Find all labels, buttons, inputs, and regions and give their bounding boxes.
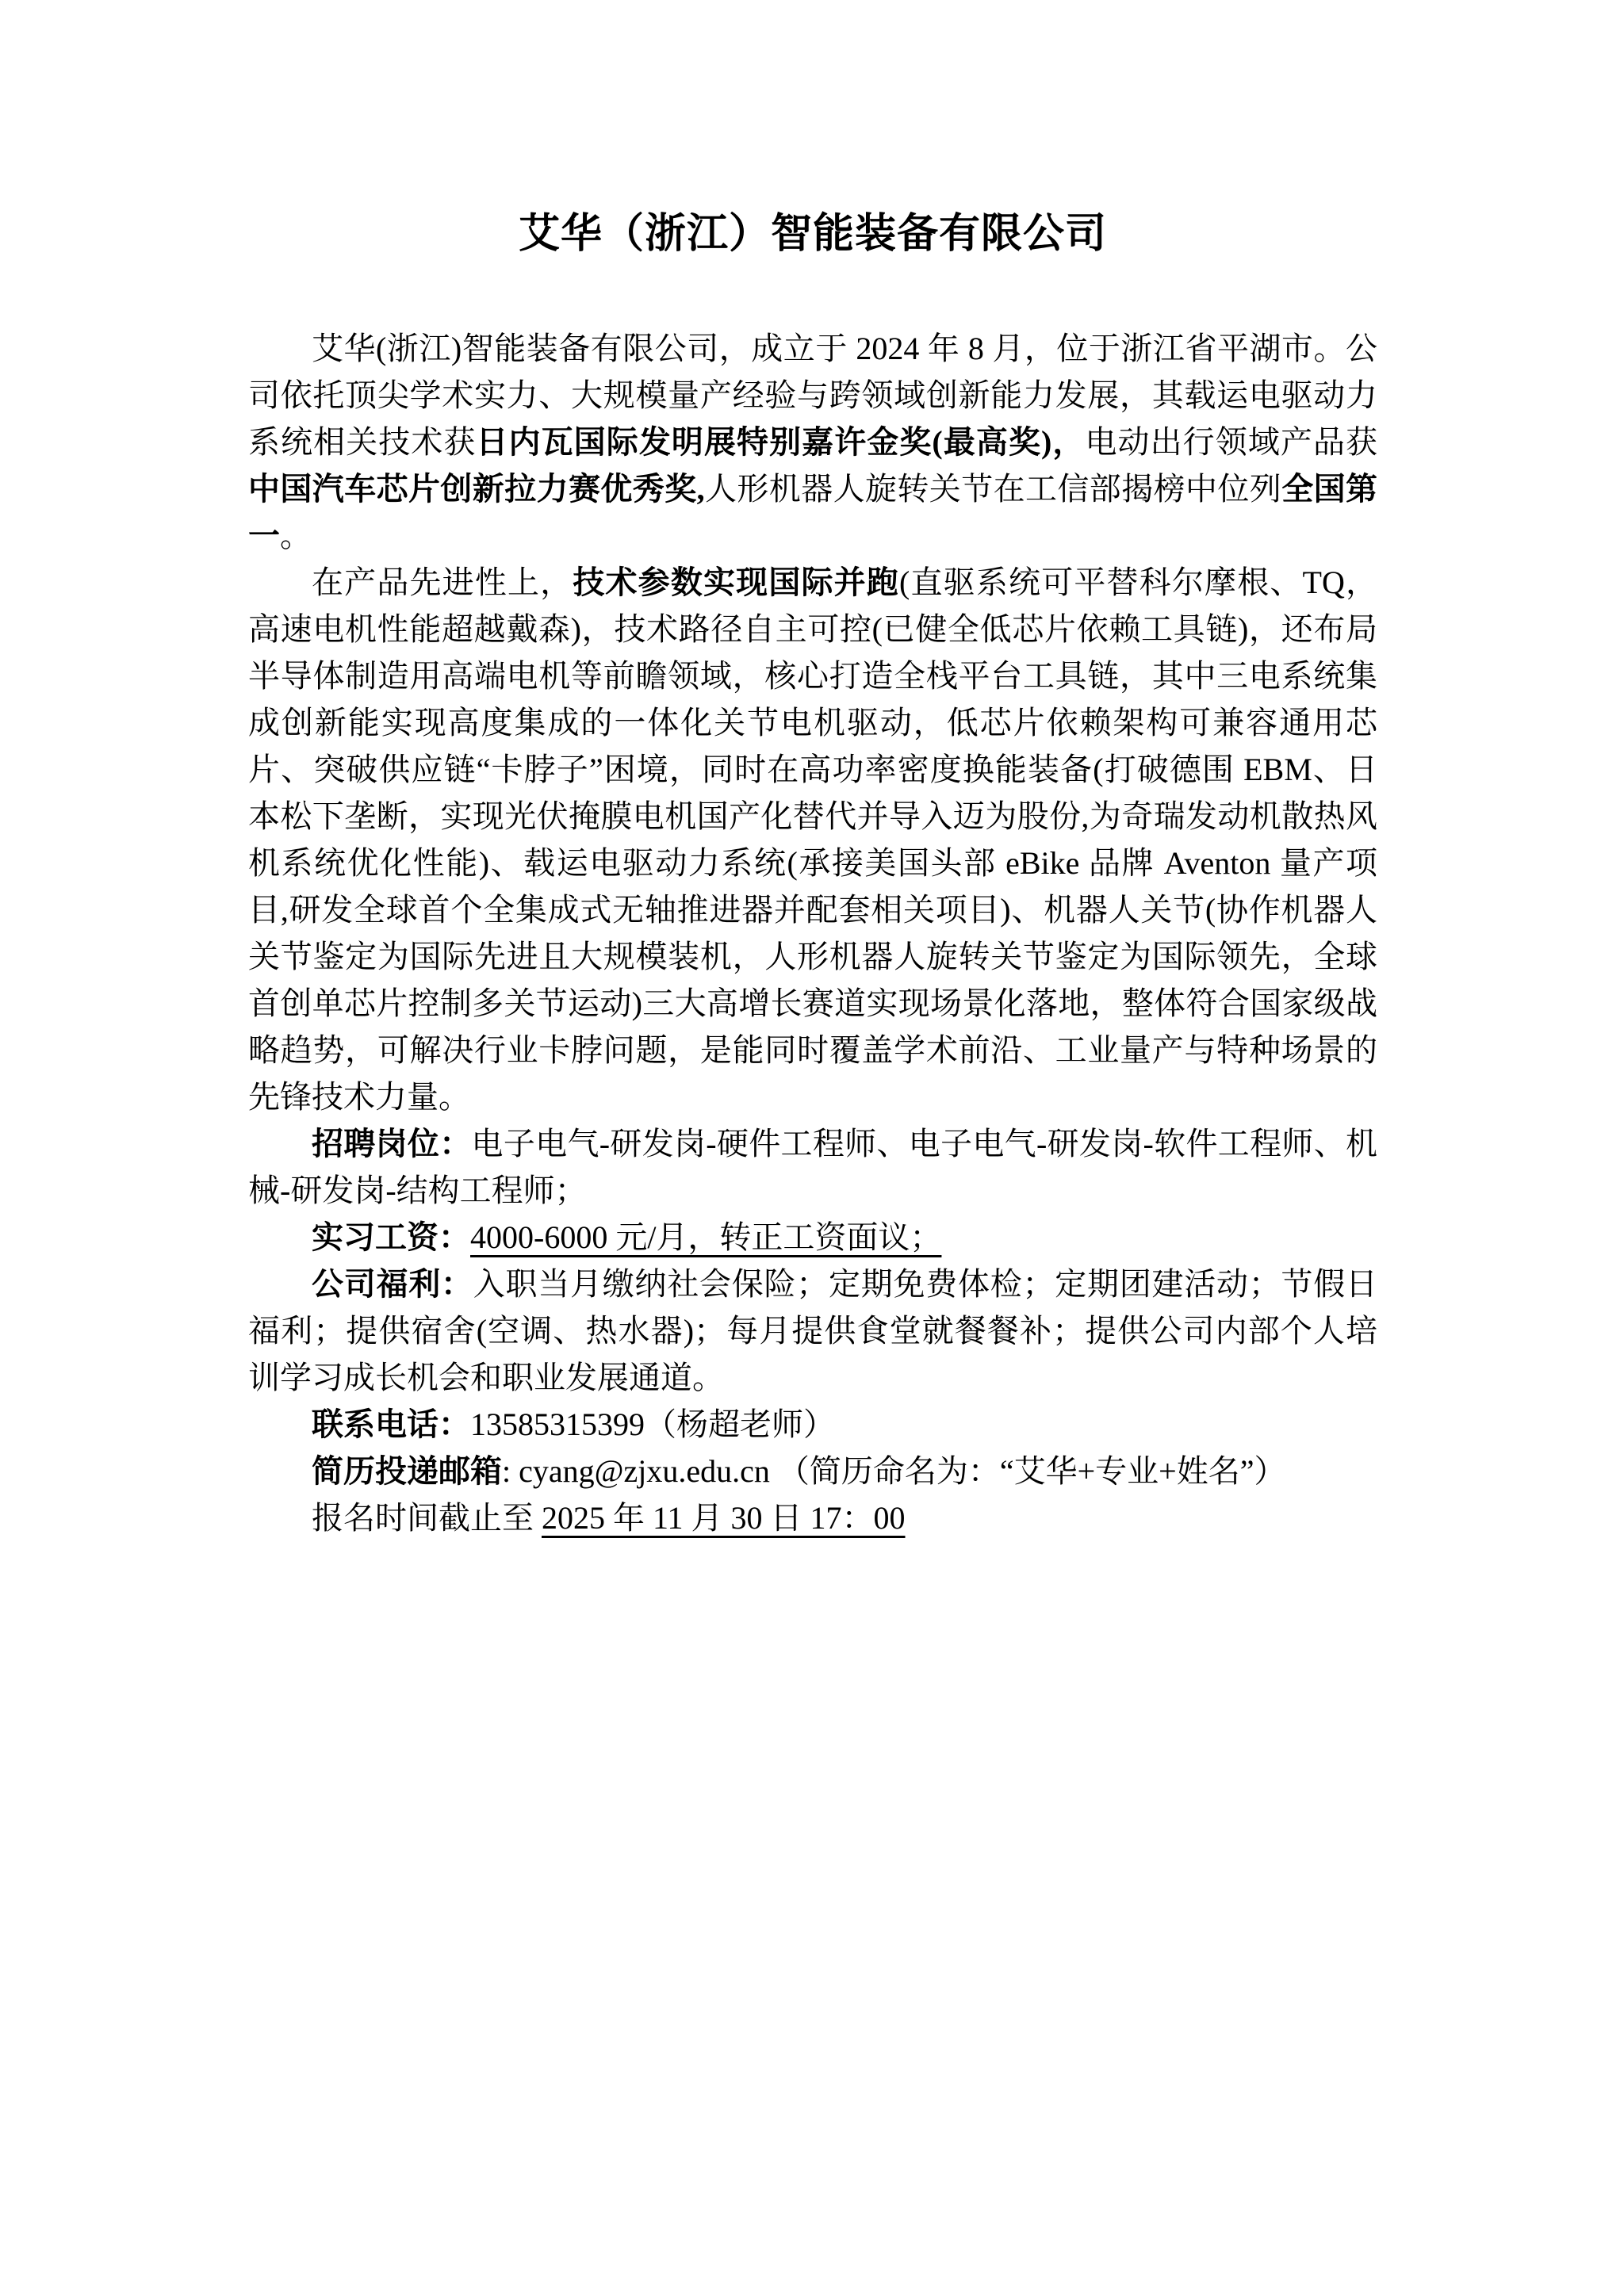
text-run: 电动出行领域产品获 (1085, 424, 1377, 460)
positions-paragraph: 招聘岗位：电子电气-研发岗-硬件工程师、电子电气-研发岗-软件工程师、机械-研发… (248, 1120, 1377, 1214)
document-page: 艾华（浙江）智能装备有限公司 艾华(浙江)智能装备有限公司，成立于 2024 年… (0, 0, 1624, 2296)
document-body: 艾华(浙江)智能装备有限公司，成立于 2024 年 8 月，位于浙江省平湖市。公… (248, 325, 1377, 1541)
benefits-paragraph: 公司福利：入职当月缴纳社会保险；定期免费体检；定期团建活动；节假日福利；提供宿舍… (248, 1261, 1377, 1401)
salary-paragraph: 实习工资：4000-6000 元/月，转正工资面议； (248, 1214, 1377, 1261)
company-intro-paragraph: 艾华(浙江)智能装备有限公司，成立于 2024 年 8 月，位于浙江省平湖市。公… (248, 325, 1377, 559)
text-run: 在产品先进性上， (312, 564, 573, 600)
bold-text-run: 公司福利： (312, 1266, 473, 1302)
text-run: 。 (280, 518, 312, 553)
bold-text-run: 技术参数实现国际并跑 (573, 564, 899, 600)
bold-text-run: 实习工资： (312, 1219, 470, 1255)
bold-text-run: 简历投递邮箱 (312, 1453, 502, 1489)
underlined-text-run: 2025 年 11 月 30 日 17：00 (542, 1500, 906, 1536)
text-run: (直驱系统可平替科尔摩根、TQ，高速电机性能超越戴森)，技术路径自主可控(已健全… (248, 564, 1377, 1115)
text-run: 人形机器人旋转关节在工信部揭榜中位列 (705, 471, 1282, 507)
text-run: 13585315399（杨超老师） (470, 1406, 835, 1442)
text-run: （简历命名为：“艾华+专业+姓名”） (770, 1453, 1286, 1489)
email-address: cyang@zjxu.edu.cn (519, 1453, 770, 1489)
product-advantage-paragraph: 在产品先进性上，技术参数实现国际并跑(直驱系统可平替科尔摩根、TQ，高速电机性能… (248, 559, 1377, 1120)
document-title: 艾华（浙江）智能装备有限公司 (248, 209, 1377, 260)
bold-text-run: 招聘岗位： (312, 1126, 472, 1161)
bold-text-run: 联系电话： (312, 1406, 470, 1442)
text-run: 报名时间截止至 (312, 1500, 542, 1536)
bold-text-run: 中国汽车芯片创新拉力赛优秀奖, (248, 471, 705, 507)
bold-text-run: 日内瓦国际发明展特别嘉许金奖(最高奖)， (476, 424, 1085, 460)
underlined-text-run: 4000-6000 元/月，转正工资面议； (470, 1219, 941, 1255)
contact-phone-paragraph: 联系电话：13585315399（杨超老师） (248, 1401, 1377, 1448)
deadline-paragraph: 报名时间截止至 2025 年 11 月 30 日 17：00 (248, 1494, 1377, 1541)
resume-email-paragraph: 简历投递邮箱: cyang@zjxu.edu.cn （简历命名为：“艾华+专业+… (248, 1448, 1377, 1494)
text-run: : (502, 1453, 519, 1489)
